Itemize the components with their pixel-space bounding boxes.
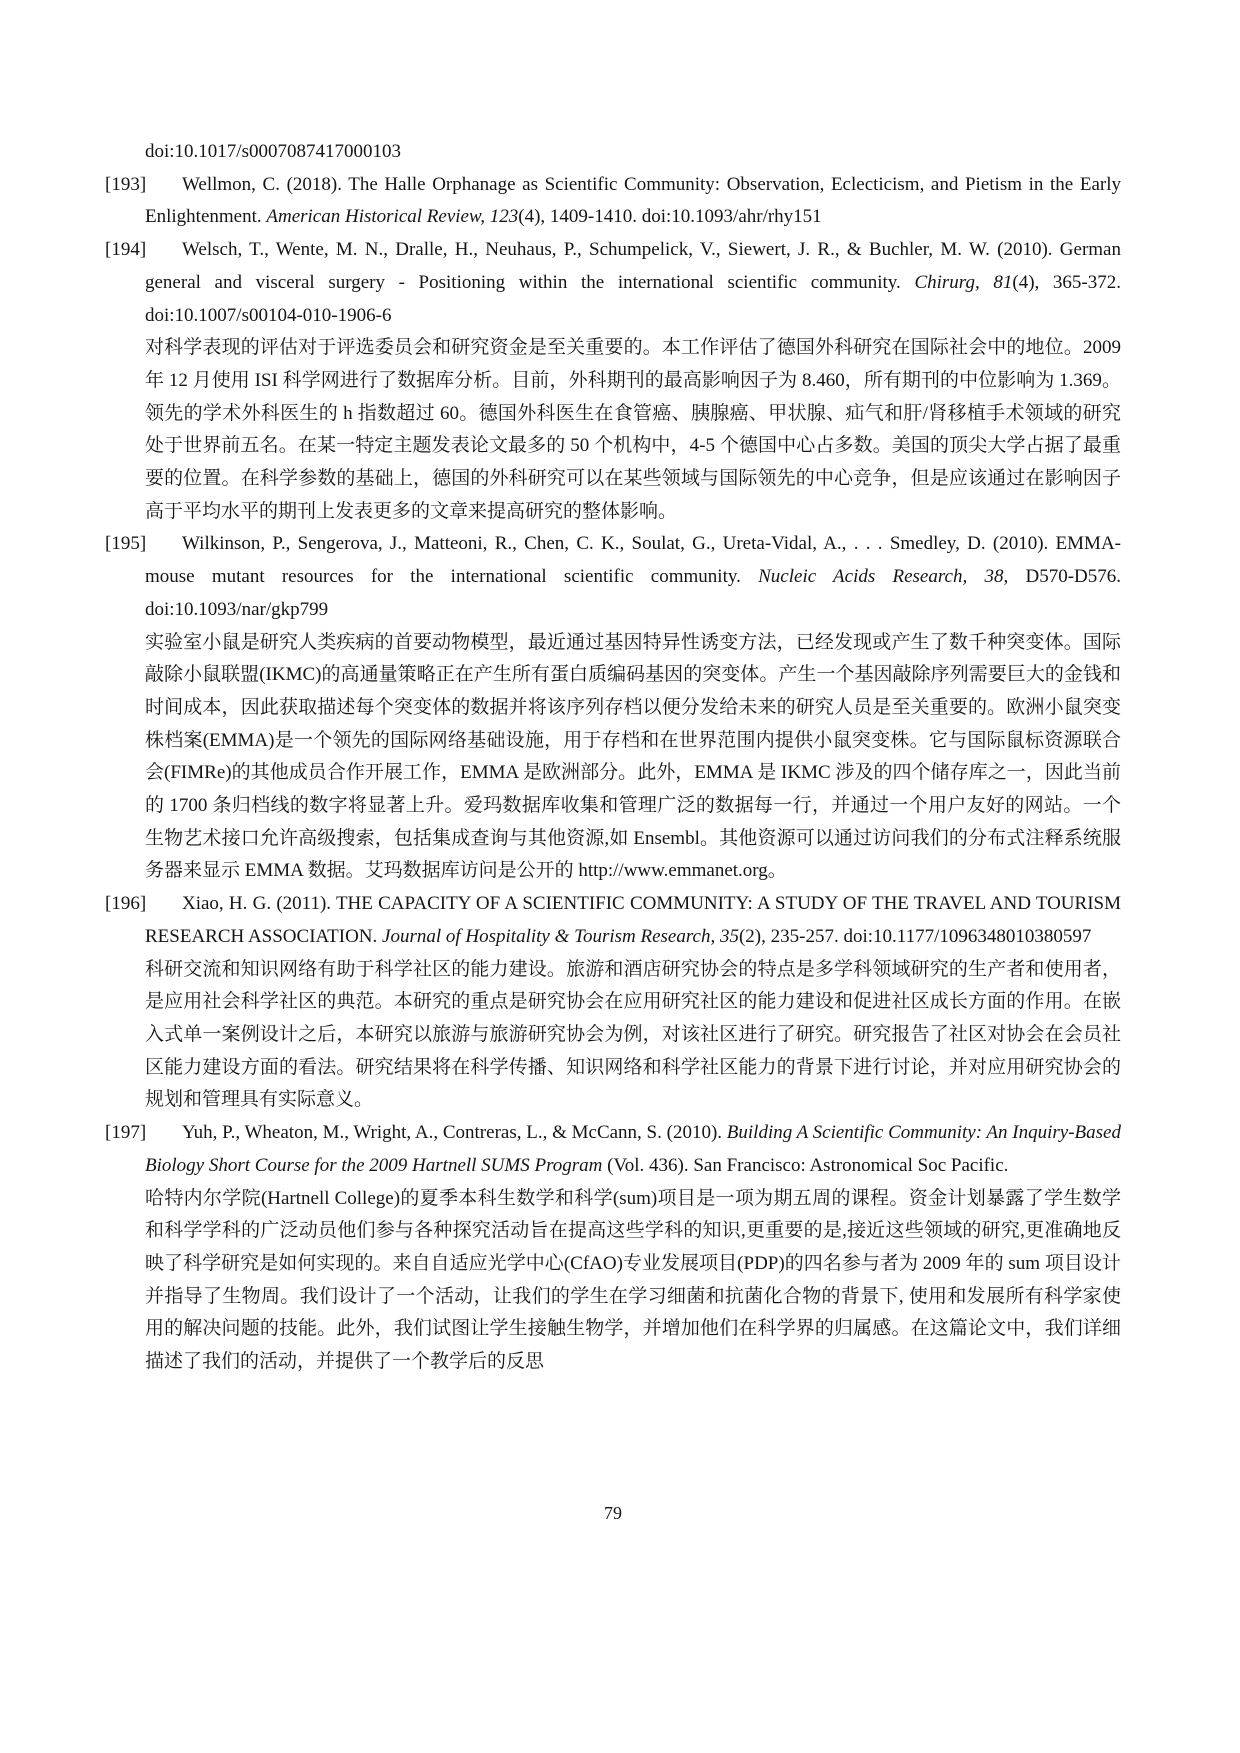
reference-abstract-zh: 哈特内尔学院(Hartnell College)的夏季本科生数学和科学(sum)…: [105, 1183, 1121, 1379]
reference-label: [195]: [105, 528, 182, 561]
reference-entry: [193]Wellmon, C. (2018). The Halle Orpha…: [105, 169, 1121, 234]
reference-citation-text: Wilkinson, P., Sengerova, J., Matteoni, …: [145, 533, 1121, 619]
reference-citation: [193]Wellmon, C. (2018). The Halle Orpha…: [105, 169, 1121, 234]
reference-abstract-zh: 实验室小鼠是研究人类疾病的首要动物模型，最近通过基因特异性诱变方法，已经发现或产…: [105, 627, 1121, 889]
reference-citation: [194]Welsch, T., Wente, M. N., Dralle, H…: [105, 234, 1121, 332]
reference-abstract-zh: 科研交流和知识网络有助于科学社区的能力建设。旅游和酒店研究协会的特点是多学科领域…: [105, 954, 1121, 1118]
reference-citation: [197]Yuh, P., Wheaton, M., Wright, A., C…: [105, 1117, 1121, 1182]
reference-label: [196]: [105, 888, 182, 921]
reference-entry: [196]Xiao, H. G. (2011). THE CAPACITY OF…: [105, 888, 1121, 1117]
reference-entry: [197]Yuh, P., Wheaton, M., Wright, A., C…: [105, 1117, 1121, 1379]
reference-abstract-zh: 对科学表现的评估对于评选委员会和研究资金是至关重要的。本工作评估了德国外科研究在…: [105, 332, 1121, 528]
reference-label: [197]: [105, 1117, 182, 1150]
reference-citation-text: Yuh, P., Wheaton, M., Wright, A., Contre…: [145, 1122, 1121, 1176]
reference-label: [193]: [105, 169, 182, 202]
reference-citation-text: Welsch, T., Wente, M. N., Dralle, H., Ne…: [145, 239, 1121, 325]
reference-citation-text: Xiao, H. G. (2011). THE CAPACITY OF A SC…: [145, 893, 1121, 947]
reference-citation-text: Wellmon, C. (2018). The Halle Orphanage …: [145, 174, 1121, 228]
leading-citation-line: doi:10.1017/s0007087417000103: [105, 136, 1121, 169]
reference-label: [194]: [105, 234, 182, 267]
reference-citation: [196]Xiao, H. G. (2011). THE CAPACITY OF…: [105, 888, 1121, 953]
document-page: doi:10.1017/s0007087417000103 [193]Wellm…: [105, 136, 1121, 1379]
reference-citation: [195]Wilkinson, P., Sengerova, J., Matte…: [105, 528, 1121, 626]
reference-entry: [195]Wilkinson, P., Sengerova, J., Matte…: [105, 528, 1121, 888]
reference-entry: [194]Welsch, T., Wente, M. N., Dralle, H…: [105, 234, 1121, 528]
page-number: 79: [105, 1498, 1121, 1528]
